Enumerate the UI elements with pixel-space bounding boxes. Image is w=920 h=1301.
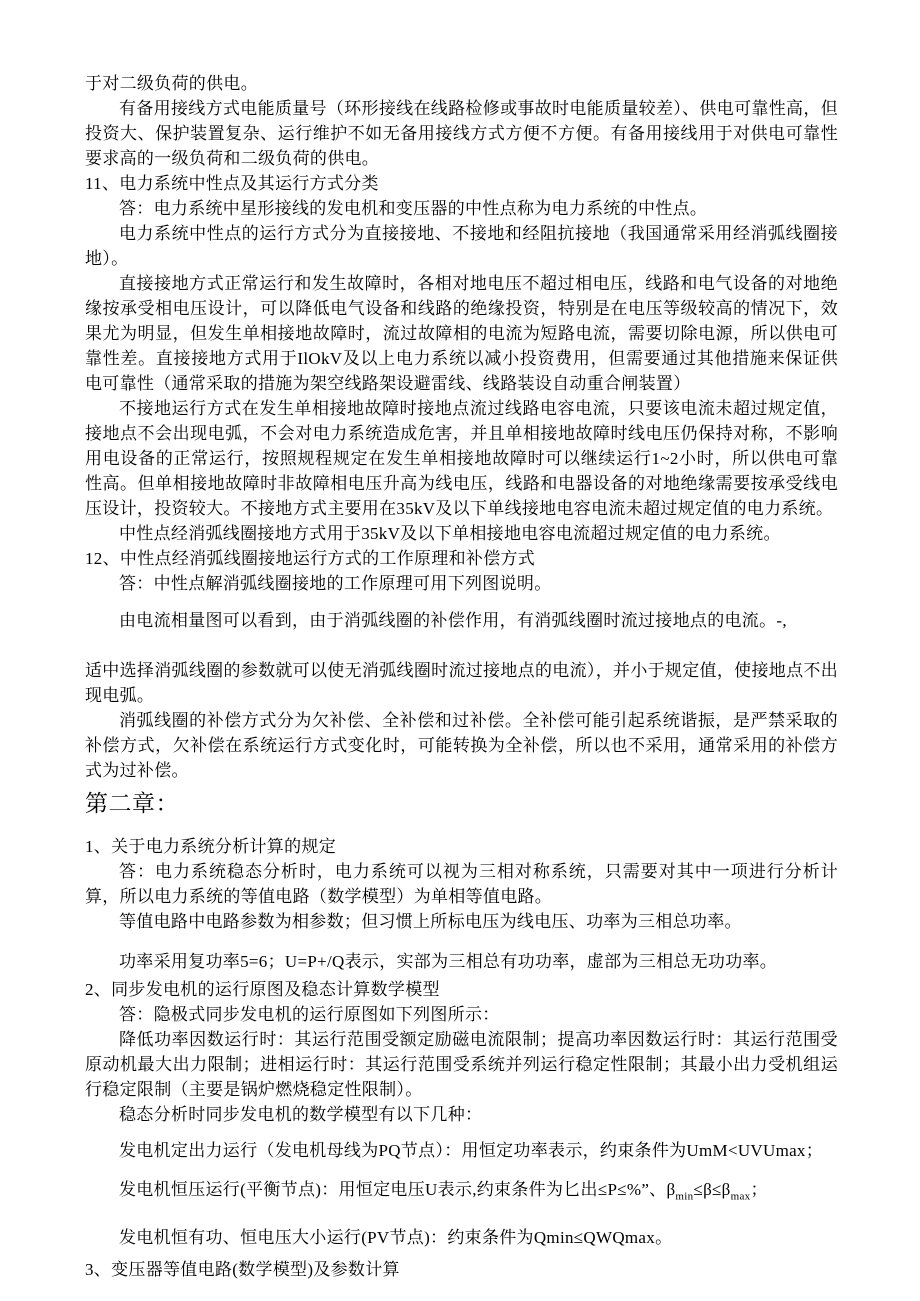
answer-paragraph: 答：电力系统中星形接线的发电机和变压器的中性点称为电力系统的中性点。 [85, 196, 838, 221]
paragraph: 中性点经消弧线圈接地方式用于35kV及以下单相接地电容电流超过规定值的电力系统。 [85, 521, 838, 546]
question-heading-11: 11、电力系统中性点及其运行方式分类 [85, 171, 838, 196]
answer-paragraph: 答：隐极式同步发电机的运行原图如下列图所示： [85, 1002, 838, 1027]
question-heading-2: 2、同步发电机的运行原图及稳态计算数学模型 [85, 977, 838, 1002]
question-heading-1: 1、关于电力系统分析计算的规定 [85, 834, 838, 859]
formula-paragraph-balance-node: 发电机恒压运行(平衡节点)：用恒定电压U表示,约束条件为匕出≤P≤%”、βmin… [85, 1177, 838, 1202]
formula-paragraph: 功率采用复功率5=6；U=P+/Q表示，实部为三相总有功功率，虚部为三相总无功功… [85, 949, 838, 974]
paragraph: 消弧线圈的补偿方式分为欠补偿、全补偿和过补偿。全补偿可能引起系统谐振，是严禁采取… [85, 708, 838, 783]
formula-subscript-min: min [675, 1190, 693, 1202]
paragraph: 电力系统中性点的运行方式分为直接接地、不接地和经阻抗接地（我国通常采用经消弧线圈… [85, 221, 838, 271]
chapter-heading: 第二章： [85, 788, 838, 820]
answer-paragraph: 答：电力系统稳态分析时，电力系统可以视为三相对称系统，只需要对其中一项进行分析计… [85, 859, 838, 909]
paragraph-continuation: 适中选择消弧线圈的参数就可以使无消弧线圈时流过接地点的电流），并小于规定值，使接… [85, 658, 838, 708]
formula-paragraph-pv: 发电机恒有功、恒电压大小运行(PV节点)：约束条件为Qmin≤QWQmax。 [85, 1225, 838, 1250]
paragraph: 不接地运行方式在发生单相接地故障时接地点流过线路电容电流，只要该电流未超过规定值… [85, 396, 838, 521]
answer-paragraph: 答：中性点解消弧线圈接地的工作原理可用下列图说明。 [85, 571, 838, 596]
paragraph: 等值电路中电路参数为相参数；但习惯上所标电压为线电压、功率为三相总功率。 [85, 909, 838, 934]
question-heading-3: 3、变压器等值电路(数学模型)及参数计算 [85, 1257, 838, 1282]
paragraph: 降低功率因数运行时：其运行范围受额定励磁电流限制；提高功率因数运行时：其运行范围… [85, 1027, 838, 1102]
paragraph: 有备用接线方式电能质量号（环形接线在线路检修或事故时电能质量较差）、供电可靠性高… [85, 96, 838, 171]
document-page: 于对二级负荷的供电。 有备用接线方式电能质量号（环形接线在线路检修或事故时电能质… [0, 0, 920, 1301]
formula-text-tail: ； [750, 1180, 767, 1199]
question-heading-12: 12、中性点经消弧线圈接地运行方式的工作原理和补偿方式 [85, 546, 838, 571]
formula-subscript-max: max [731, 1190, 751, 1202]
formula-text-lead: 发电机恒压运行(平衡节点)：用恒定电压U表示,约束条件为匕出≤P≤%”、β [119, 1180, 675, 1199]
paragraph: 由电流相量图可以看到，由于消弧线圈的补偿作用，有消弧线圈时流过接地点的电流。-, [85, 608, 838, 633]
formula-text-mid: ≤β≤β [693, 1180, 730, 1199]
paragraph: 稳态分析时同步发电机的数学模型有以下几种： [85, 1102, 838, 1127]
paragraph-continuation: 于对二级负荷的供电。 [85, 71, 838, 96]
paragraph: 直接接地方式正常运行和发生故障时，各相对地电压不超过相电压，线路和电气设备的对地… [85, 271, 838, 396]
formula-paragraph-pq: 发电机定出力运行（发电机母线为PQ节点）：用恒定功率表示，约束条件为UmM<UV… [85, 1138, 838, 1163]
